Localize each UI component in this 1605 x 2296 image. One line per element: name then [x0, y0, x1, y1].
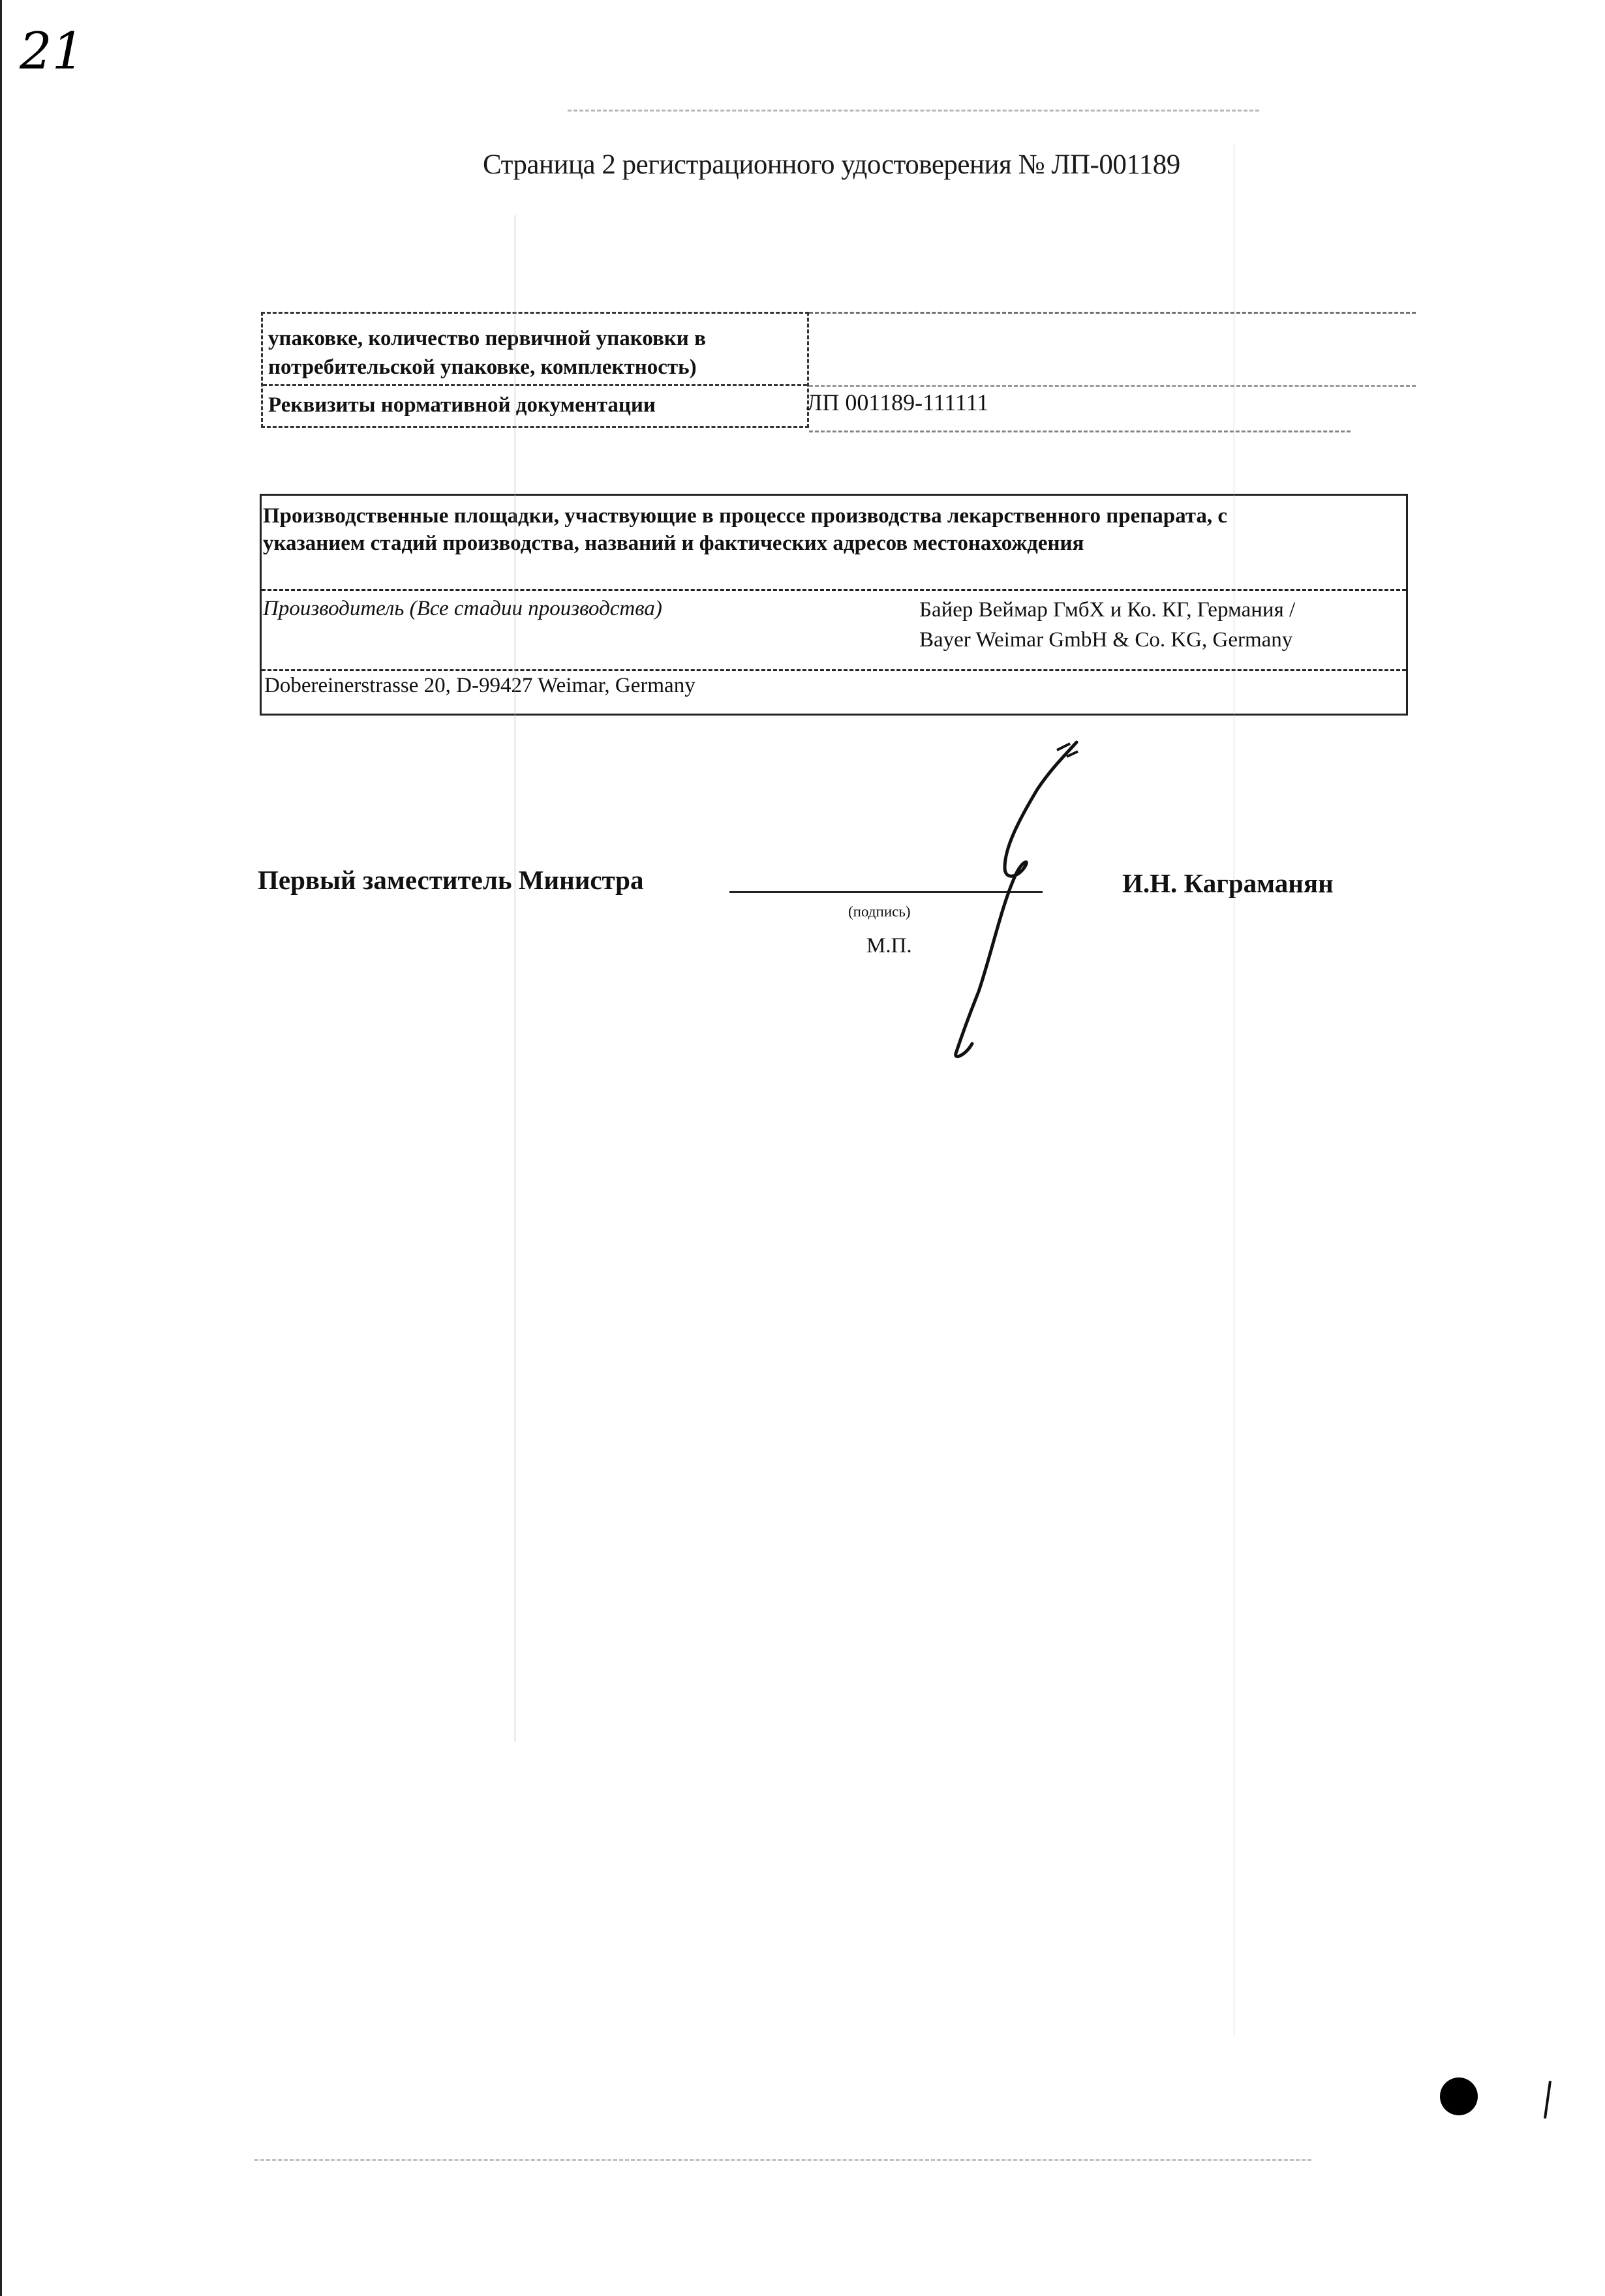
scan-noise-line — [254, 2159, 1311, 2161]
table-border-faint — [809, 312, 1416, 314]
scan-noise-column — [1233, 143, 1235, 2035]
normative-docs-value: ЛП 001189-111111 — [806, 389, 988, 416]
table-border-faint — [809, 430, 1351, 432]
packaging-row-label: упаковке, количество первичной упаковки … — [268, 324, 803, 382]
signatory-name: И.Н. Каграманян — [1122, 868, 1334, 899]
punch-hole-icon — [1440, 2077, 1478, 2115]
producer-name: Байер Веймар ГмбХ и Ко. КГ, Германия / B… — [919, 595, 1402, 655]
producer-address: Dobereinerstrasse 20, D-99427 Weimar, Ge… — [264, 671, 695, 701]
normative-docs-label: Реквизиты нормативной документации — [268, 391, 656, 419]
signatory-position: Первый заместитель Министра — [258, 864, 643, 896]
page-title: Страница 2 регистрационного удостоверени… — [483, 149, 1180, 181]
scan-noise-column — [514, 215, 516, 1742]
production-sites-header: Производственные площадки, участвующие в… — [262, 502, 1281, 557]
producer-name-ru: Байер Веймар ГмбХ и Ко. КГ, Германия / — [919, 595, 1402, 625]
row-divider — [263, 384, 807, 386]
scan-mark — [1544, 2081, 1551, 2119]
production-sites-table: Производственные площадки, участвующие в… — [260, 494, 1408, 716]
handwritten-page-number: 21 — [20, 26, 84, 77]
scan-left-edge — [0, 0, 2, 2296]
producer-name-en: Bayer Weimar GmbH & Co. KG, Germany — [919, 625, 1402, 655]
scan-noise-line — [568, 110, 1259, 112]
table-border-faint — [809, 385, 1416, 387]
handwritten-signature-icon — [842, 737, 1090, 1063]
packaging-table: упаковке, количество первичной упаковки … — [261, 312, 809, 428]
producer-label: Производитель (Все стадии производства) — [263, 595, 662, 622]
